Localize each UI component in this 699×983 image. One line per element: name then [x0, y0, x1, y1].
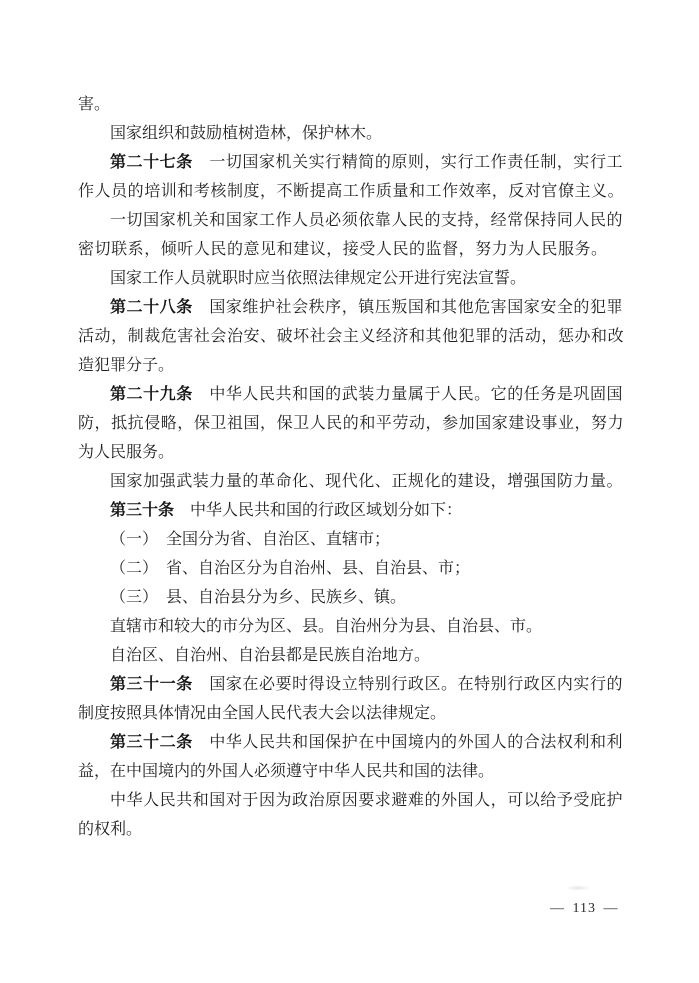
scan-smudge [560, 884, 596, 892]
text-line: 作人员的培训和考核制度，不断提高工作质量和工作效率，反对官僚主义。 [78, 177, 623, 206]
article-number: 第二十九条 [110, 386, 193, 403]
body-text: 中华人民共和国对于因为政治原因要求避难的外国人，可以给予受庇护 [110, 792, 623, 809]
body-text: 中华人民共和国的武装力量属于人民。它的任务是巩固国 [193, 386, 623, 403]
text-line: 活动，制裁危害社会治安、破坏社会主义经济和其他犯罪的活动，惩办和改 [78, 322, 623, 351]
text-line: 国家工作人员就职时应当依照法律规定公开进行宪法宣誓。 [78, 264, 623, 293]
text-line: 防，抵抗侵略，保卫祖国，保卫人民的和平劳动，参加国家建设事业，努力 [78, 409, 623, 438]
text-line: 害。 [78, 90, 623, 119]
body-text: 的权利。 [78, 821, 142, 838]
text-line: 的权利。 [78, 815, 623, 844]
text-line: 为人民服务。 [78, 438, 623, 467]
document-page: 害。国家组织和鼓励植树造林，保护林木。第二十七条 一切国家机关实行精简的原则，实… [0, 0, 699, 983]
body-text: 为人民服务。 [78, 444, 174, 461]
text-line: 一切国家机关和国家工作人员必须依靠人民的支持，经常保持同人民的 [78, 206, 623, 235]
text-line: 第三十条 中华人民共和国的行政区域划分如下： [78, 496, 623, 525]
page-number: — 113 — [550, 901, 618, 917]
text-line: 第二十七条 一切国家机关实行精简的原则，实行工作责任制，实行工 [78, 148, 623, 177]
body-text: 活动，制裁危害社会治安、破坏社会主义经济和其他犯罪的活动，惩办和改 [78, 328, 624, 345]
text-line: 第三十二条 中华人民共和国保护在中国境内的外国人的合法权利和利 [78, 728, 623, 757]
text-line: 益，在中国境内的外国人必须遵守中华人民共和国的法律。 [78, 757, 623, 786]
body-text: 密切联系，倾听人民的意见和建议，接受人民的监督，努力为人民服务。 [78, 241, 608, 258]
text-line: 第二十九条 中华人民共和国的武装力量属于人民。它的任务是巩固国 [78, 380, 623, 409]
body-text: （一） 全国分为省、自治区、直辖市； [110, 531, 390, 548]
article-number: 第二十八条 [110, 299, 193, 316]
body-text: 国家在必要时得设立特别行政区。在特别行政区内实行的 [193, 676, 623, 693]
text-line: 密切联系，倾听人民的意见和建议，接受人民的监督，努力为人民服务。 [78, 235, 623, 264]
body-text: 中华人民共和国保护在中国境内的外国人的合法权利和利 [193, 734, 623, 751]
document-body: 害。国家组织和鼓励植树造林，保护林木。第二十七条 一切国家机关实行精简的原则，实… [78, 90, 623, 844]
article-number: 第三十条 [110, 502, 174, 519]
body-text: 作人员的培训和考核制度，不断提高工作质量和工作效率，反对官僚主义。 [78, 183, 624, 200]
text-line: 中华人民共和国对于因为政治原因要求避难的外国人，可以给予受庇护 [78, 786, 623, 815]
body-text: （二） 省、自治区分为自治州、县、自治县、市； [110, 560, 470, 577]
body-text: 国家组织和鼓励植树造林，保护林木。 [110, 125, 382, 142]
body-text: 益，在中国境内的外国人必须遵守中华人民共和国的法律。 [78, 763, 494, 780]
text-line: 造犯罪分子。 [78, 351, 623, 380]
text-line: 第二十八条 国家维护社会秩序，镇压叛国和其他危害国家安全的犯罪 [78, 293, 623, 322]
text-line: 自治区、自治州、自治县都是民族自治地方。 [78, 641, 623, 670]
text-line: 第三十一条 国家在必要时得设立特别行政区。在特别行政区内实行的 [78, 670, 623, 699]
body-text: 一切国家机关和国家工作人员必须依靠人民的支持，经常保持同人民的 [110, 212, 623, 229]
article-number: 第二十七条 [110, 154, 193, 171]
text-line: 国家组织和鼓励植树造林，保护林木。 [78, 119, 623, 148]
body-text: （三） 县、自治县分为乡、民族乡、镇。 [110, 589, 406, 606]
text-line: （二） 省、自治区分为自治州、县、自治县、市； [78, 554, 623, 583]
article-number: 第三十二条 [110, 734, 193, 751]
body-text: 害。 [78, 96, 110, 113]
text-line: （三） 县、自治县分为乡、民族乡、镇。 [78, 583, 623, 612]
body-text: 中华人民共和国的行政区域划分如下： [174, 502, 462, 519]
article-number: 第三十一条 [110, 676, 193, 693]
body-text: 国家工作人员就职时应当依照法律规定公开进行宪法宣誓。 [110, 270, 526, 287]
body-text: 制度按照具体情况由全国人民代表大会以法律规定。 [78, 705, 446, 722]
text-line: 直辖市和较大的市分为区、县。自治州分为县、自治县、市。 [78, 612, 623, 641]
body-text: 自治区、自治州、自治县都是民族自治地方。 [110, 647, 430, 664]
text-line: 制度按照具体情况由全国人民代表大会以法律规定。 [78, 699, 623, 728]
body-text: 一切国家机关实行精简的原则，实行工作责任制，实行工 [193, 154, 623, 171]
text-line: （一） 全国分为省、自治区、直辖市； [78, 525, 623, 554]
body-text: 国家维护社会秩序，镇压叛国和其他危害国家安全的犯罪 [193, 299, 623, 316]
body-text: 国家加强武装力量的革命化、现代化、正规化的建设，增强国防力量。 [110, 473, 623, 490]
body-text: 造犯罪分子。 [78, 357, 174, 374]
text-line: 国家加强武装力量的革命化、现代化、正规化的建设，增强国防力量。 [78, 467, 623, 496]
body-text: 防，抵抗侵略，保卫祖国，保卫人民的和平劳动，参加国家建设事业，努力 [78, 415, 624, 432]
body-text: 直辖市和较大的市分为区、县。自治州分为县、自治县、市。 [110, 618, 542, 635]
